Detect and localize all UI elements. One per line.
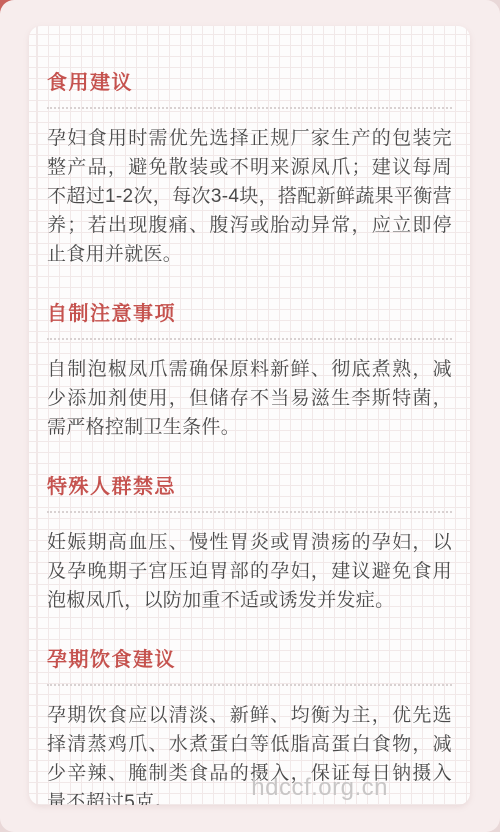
section-body: 自制泡椒凤爪需确保原料新鲜、彻底煮熟，减少添加剂使用，但储存不当易滋生李斯特菌，… (47, 355, 452, 442)
section-body: 孕妇食用时需优先选择正规厂家生产的包装完整产品，避免散装或不明来源凤爪；建议每周… (47, 124, 452, 269)
section-title: 食用建议 (47, 70, 452, 109)
section-pregnancy-diet: 孕期饮食建议 孕期饮食应以清淡、新鲜、均衡为主，优先选择清蒸鸡爪、水煮蛋白等低脂… (47, 647, 452, 805)
section-title: 孕期饮食建议 (47, 647, 452, 686)
section-eating-advice: 食用建议 孕妇食用时需优先选择正规厂家生产的包装完整产品，避免散装或不明来源凤爪… (47, 70, 452, 269)
section-title: 特殊人群禁忌 (47, 474, 452, 513)
page-background: 食用建议 孕妇食用时需优先选择正规厂家生产的包装完整产品，避免散装或不明来源凤爪… (0, 0, 500, 832)
section-body: 孕期饮食应以清淡、新鲜、均衡为主，优先选择清蒸鸡爪、水煮蛋白等低脂高蛋白食物，减… (47, 701, 452, 805)
content-card: 食用建议 孕妇食用时需优先选择正规厂家生产的包装完整产品，避免散装或不明来源凤爪… (29, 26, 470, 805)
section-title: 自制注意事项 (47, 301, 452, 340)
section-body: 妊娠期高血压、慢性胃炎或胃溃疡的孕妇，以及孕晚期子宫压迫胃部的孕妇，建议避免食用… (47, 528, 452, 615)
section-special-groups: 特殊人群禁忌 妊娠期高血压、慢性胃炎或胃溃疡的孕妇，以及孕晚期子宫压迫胃部的孕妇… (47, 474, 452, 615)
watermark-text: hdccf.org.cn (251, 774, 388, 802)
section-homemade-notes: 自制注意事项 自制泡椒凤爪需确保原料新鲜、彻底煮熟，减少添加剂使用，但储存不当易… (47, 301, 452, 442)
